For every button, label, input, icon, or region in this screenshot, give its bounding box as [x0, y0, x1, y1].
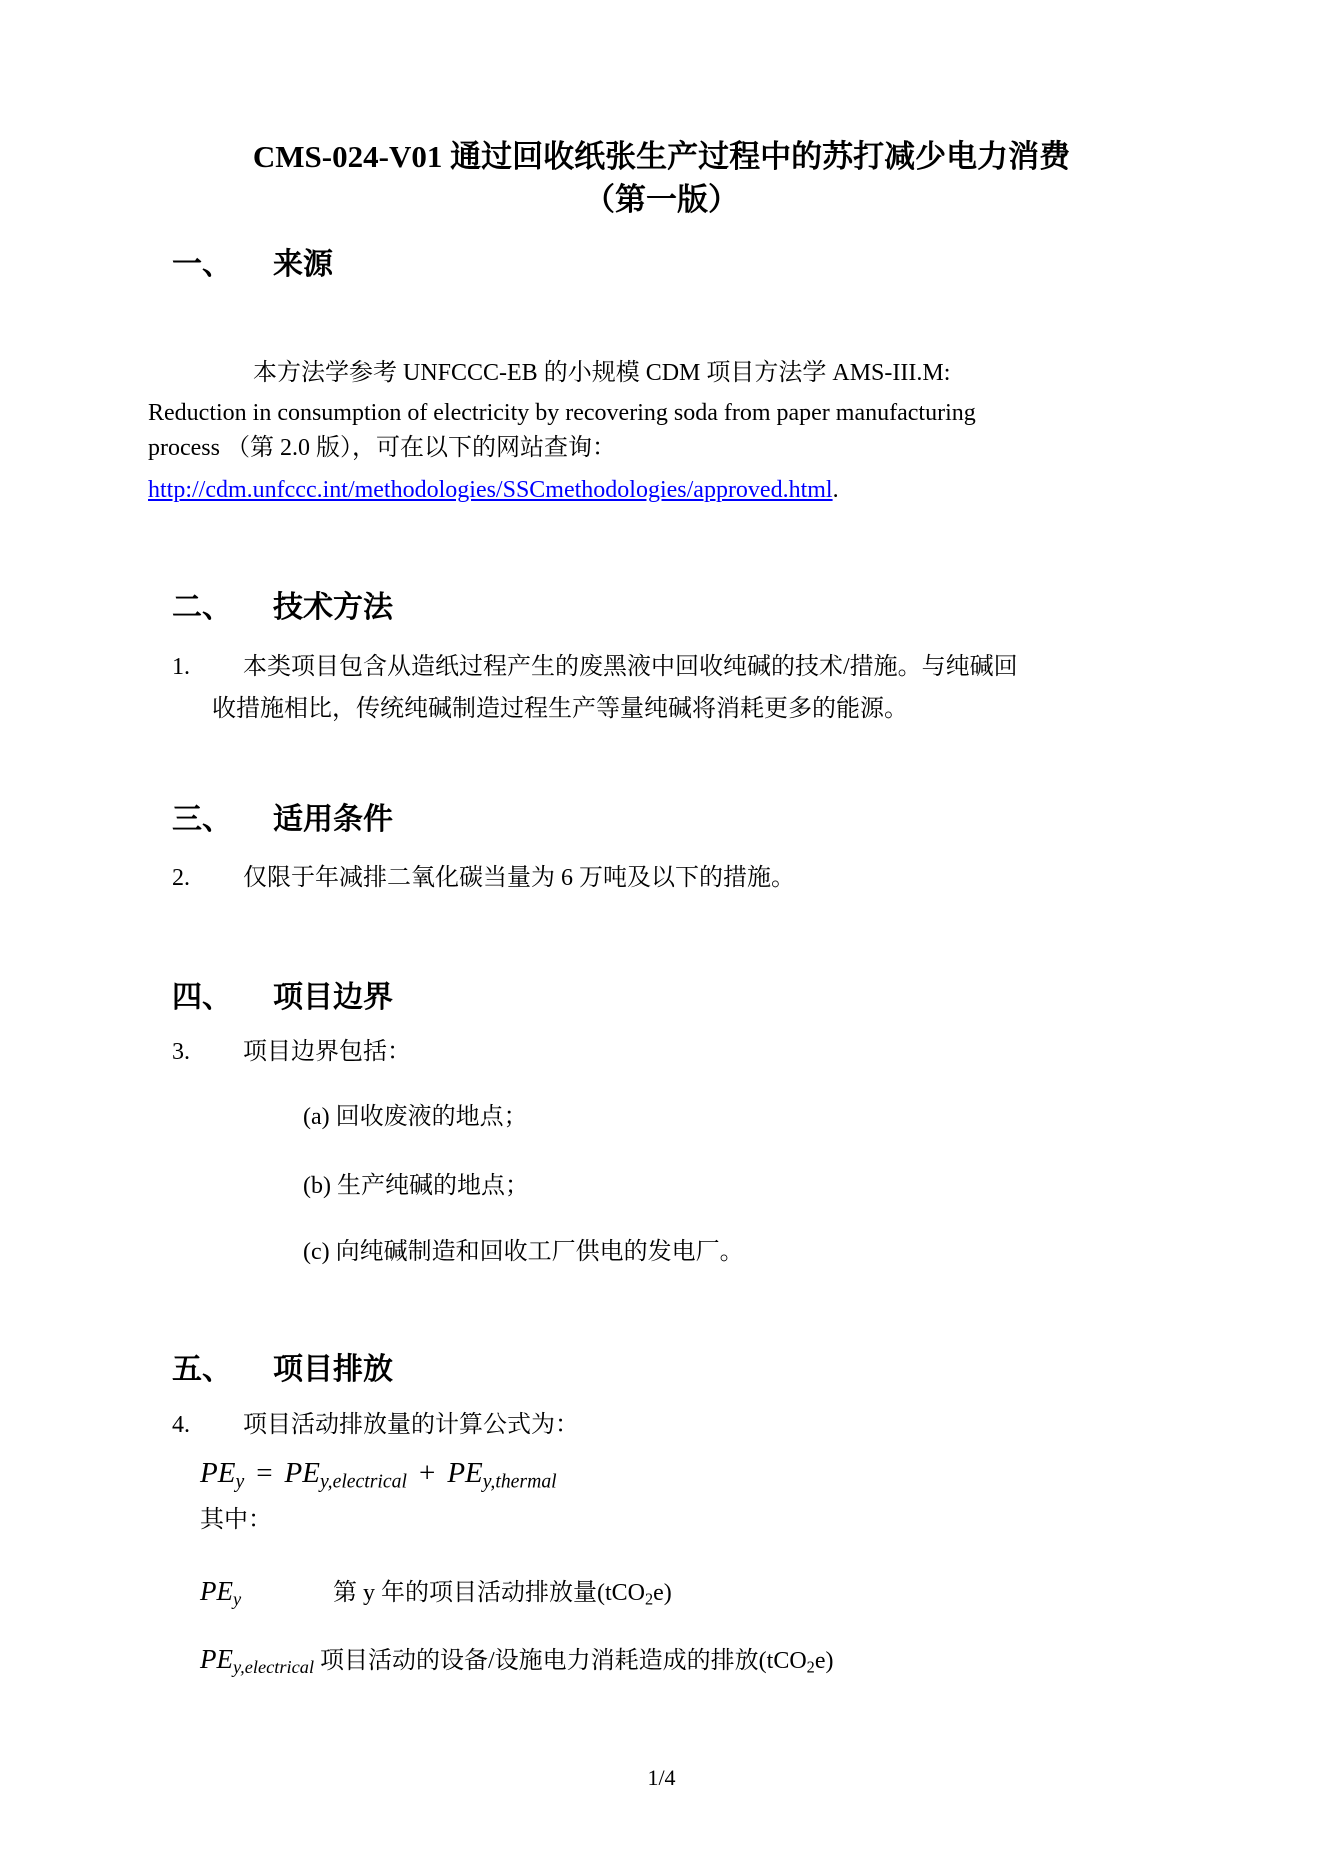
- list-item-1-text-line2: 收措施相比，传统纯碱制造过程生产等量纯碱将消耗更多的能源。: [212, 688, 908, 730]
- where-label: 其中：: [200, 1499, 272, 1541]
- heading-boundary-title: 项目边界: [273, 981, 393, 1014]
- list-item-3-text: 项目边界包括：: [243, 1039, 411, 1065]
- source-link-line: http://cdm.unfccc.int/methodologies/SSCm…: [148, 469, 839, 511]
- definition-desc-pe-electrical-text: 项目活动的设备/设施电力消耗造成的排放(tCO: [320, 1648, 807, 1674]
- definition-desc-pe-y-co2-subscript: 2: [645, 1590, 653, 1609]
- source-paragraph-line3: process （第 2.0 版），可在以下的网站查询：: [148, 427, 616, 469]
- definition-term-pe-y-base: PE: [200, 1576, 233, 1606]
- heading-technology: 二、技术方法: [172, 588, 393, 628]
- methodology-link[interactable]: http://cdm.unfccc.int/methodologies/SSCm…: [148, 477, 833, 503]
- heading-boundary: 四、项目边界: [172, 978, 393, 1018]
- formula-term1-base: PE: [285, 1457, 320, 1489]
- definition-term-pe-electrical-subscript: y,electrical: [233, 1657, 314, 1677]
- definition-term-pe-electrical: PEy,electrical: [200, 1638, 320, 1680]
- heading-emissions: 五、项目排放: [172, 1350, 393, 1390]
- doc-subtitle: （第一版）: [0, 178, 1323, 222]
- page-number: 1/4: [0, 1763, 1323, 1793]
- list-item-3: 3.项目边界包括：: [212, 1031, 411, 1073]
- list-item-2-number: 2.: [172, 857, 190, 899]
- definition-desc-pe-y-suffix: e): [653, 1580, 672, 1606]
- heading-emissions-number: 五、: [172, 1350, 273, 1390]
- list-item-3-number: 3.: [172, 1031, 190, 1073]
- heading-source-title: 来源: [273, 248, 333, 281]
- list-item-4: 4.项目活动排放量的计算公式为：: [212, 1404, 579, 1446]
- heading-applicability-title: 适用条件: [273, 803, 393, 836]
- pe-formula: PEy=PEy,electrical+PEy,thermal: [200, 1450, 557, 1496]
- definition-desc-pe-electrical: 项目活动的设备/设施电力消耗造成的排放(tCO2e): [320, 1648, 833, 1674]
- boundary-sub-item-c: (c) 向纯碱制造和回收工厂供电的发电厂。: [303, 1231, 744, 1273]
- definition-term-pe-y-subscript: y: [233, 1589, 241, 1609]
- definition-desc-pe-y-text: 第 y 年的项目活动排放量(tCO: [333, 1580, 645, 1606]
- formula-lhs-base: PE: [200, 1457, 235, 1489]
- boundary-sub-item-a: (a) 回收废液的地点；: [303, 1096, 528, 1138]
- heading-applicability: 三、适用条件: [172, 800, 393, 840]
- heading-source-number: 一、: [172, 245, 273, 285]
- list-item-1: 1.本类项目包含从造纸过程产生的废黑液中回收纯碱的技术/措施。与纯碱回: [212, 646, 1018, 688]
- heading-technology-title: 技术方法: [273, 591, 393, 624]
- heading-emissions-title: 项目排放: [273, 1353, 393, 1386]
- doc-title: CMS-024-V01 通过回收纸张生产过程中的苏打减少电力消费: [0, 135, 1323, 179]
- formula-equals-sign: =: [256, 1457, 272, 1489]
- formula-lhs-subscript: y: [235, 1471, 244, 1493]
- link-period: .: [833, 477, 839, 503]
- definition-desc-pe-y: 第 y 年的项目活动排放量(tCO2e): [333, 1580, 672, 1606]
- list-item-2-text: 仅限于年减排二氧化碳当量为 6 万吨及以下的措施。: [243, 865, 795, 891]
- boundary-sub-item-b: (b) 生产纯碱的地点；: [303, 1165, 529, 1207]
- definition-desc-pe-electrical-co2-subscript: 2: [807, 1658, 815, 1677]
- heading-boundary-number: 四、: [172, 978, 273, 1018]
- definition-row-pe-y: PEy第 y 年的项目活动排放量(tCO2e): [200, 1570, 672, 1614]
- list-item-4-text: 项目活动排放量的计算公式为：: [243, 1412, 579, 1438]
- definition-term-pe-electrical-base: PE: [200, 1644, 233, 1674]
- list-item-1-number: 1.: [172, 646, 190, 688]
- list-item-1-text-line1: 本类项目包含从造纸过程产生的废黑液中回收纯碱的技术/措施。与纯碱回: [243, 654, 1018, 680]
- formula-term1-subscript: y,electrical: [320, 1471, 407, 1493]
- source-paragraph-line1: 本方法学参考 UNFCCC-EB 的小规模 CDM 项目方法学 AMS-III.…: [148, 352, 950, 394]
- formula-term2-subscript: y,thermal: [483, 1471, 557, 1493]
- formula-plus-sign: +: [419, 1457, 435, 1489]
- list-item-4-number: 4.: [172, 1404, 190, 1446]
- formula-term2-base: PE: [447, 1457, 482, 1489]
- heading-applicability-number: 三、: [172, 800, 273, 840]
- list-item-2: 2.仅限于年减排二氧化碳当量为 6 万吨及以下的措施。: [212, 857, 795, 899]
- document-page: CMS-024-V01 通过回收纸张生产过程中的苏打减少电力消费 （第一版） 一…: [0, 0, 1323, 1871]
- heading-source: 一、来源: [172, 245, 333, 285]
- heading-technology-number: 二、: [172, 588, 273, 628]
- definition-desc-pe-electrical-suffix: e): [815, 1648, 834, 1674]
- definition-term-pe-y: PEy: [200, 1570, 333, 1612]
- definition-row-pe-electrical: PEy,electrical项目活动的设备/设施电力消耗造成的排放(tCO2e): [200, 1638, 833, 1682]
